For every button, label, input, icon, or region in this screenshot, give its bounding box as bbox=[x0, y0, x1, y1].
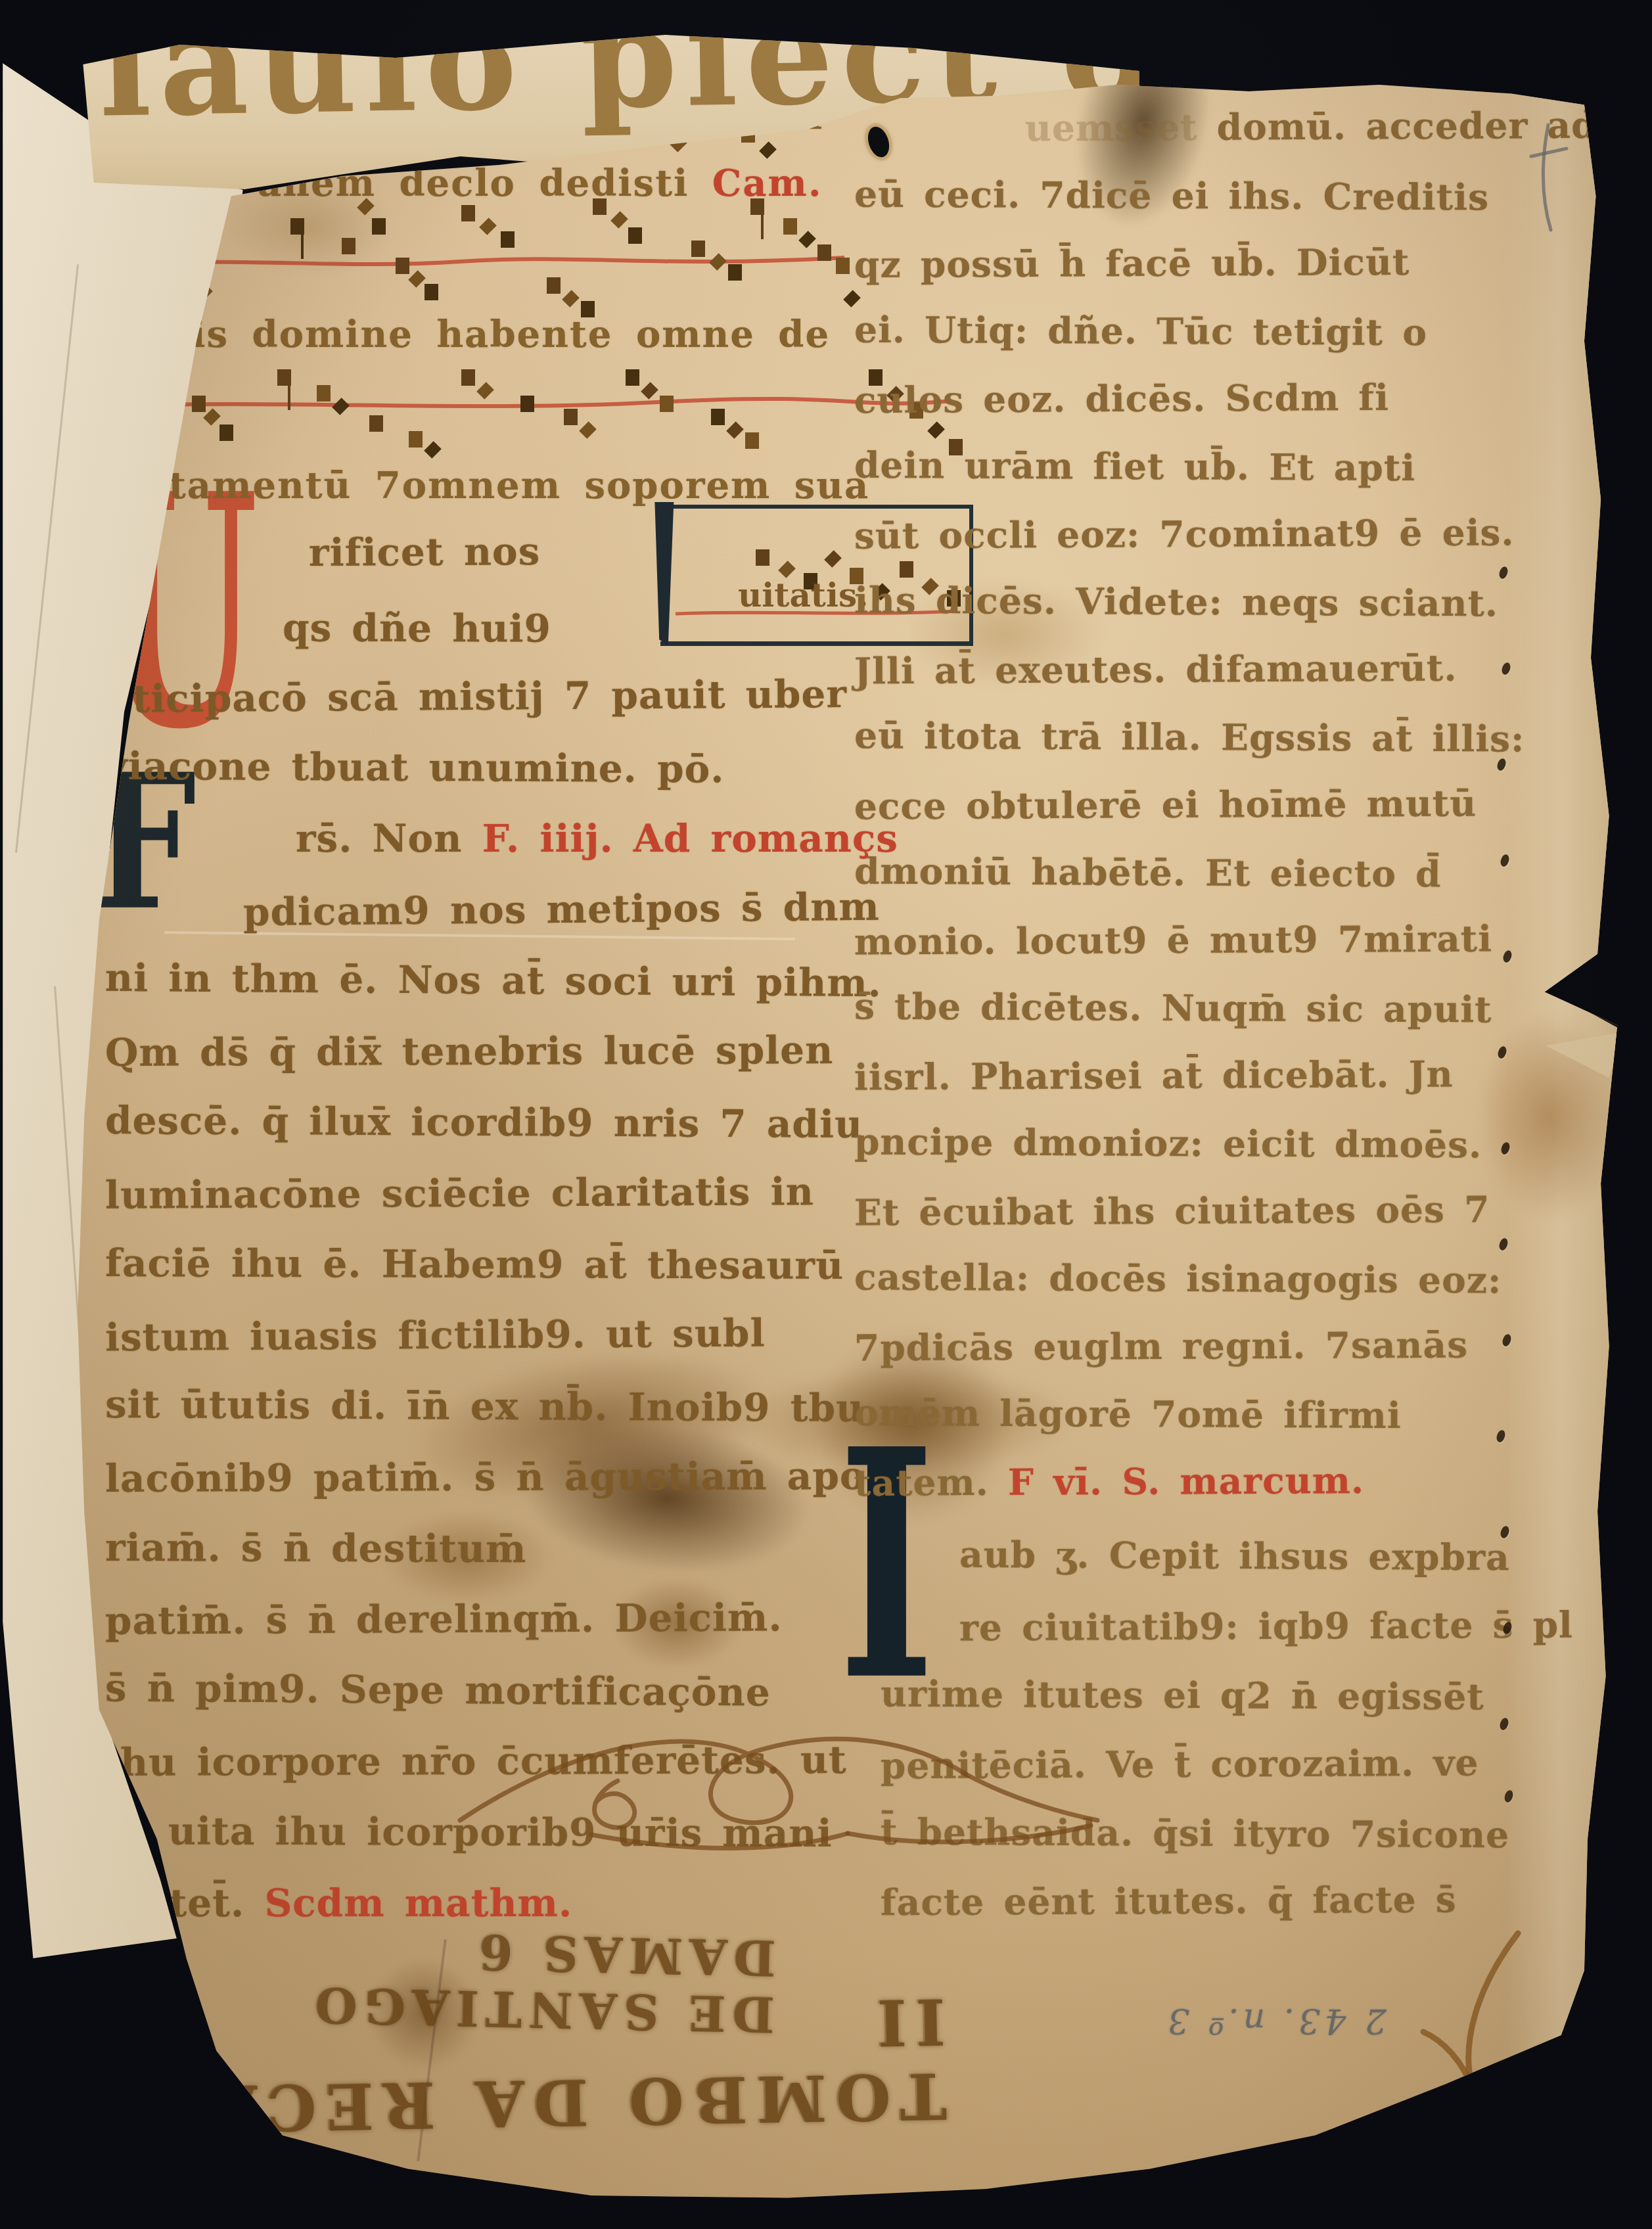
neume-note bbox=[836, 258, 850, 274]
rubric-segment: F. iiij. Ad romançs bbox=[482, 816, 898, 861]
text-line: uemsset domū. acceder ad bbox=[1025, 104, 1597, 150]
text-segment: facte eēnt itutes. q̄ facte s̄ bbox=[881, 1878, 1457, 1924]
text-line: pticipacō scā mistij 7 pauit uber bbox=[105, 672, 847, 722]
text-segment: istum iuasis fictilib9. ut subl bbox=[105, 1310, 766, 1360]
text-segment: ihu icorpore nr̄o c̄cumferētes. ut bbox=[105, 1737, 847, 1785]
neume-note bbox=[628, 227, 642, 244]
text-line: rs̄. Non F. iiij. Ad romançs bbox=[296, 816, 898, 861]
text-line: qs dñe hui9 bbox=[283, 605, 551, 651]
neume-note bbox=[520, 396, 534, 412]
neume-note bbox=[660, 396, 674, 412]
neume-note bbox=[900, 561, 913, 578]
text-segment: aub ʒ. Cepit ihsus expbra bbox=[959, 1533, 1510, 1578]
parchment-crease bbox=[15, 264, 79, 852]
text-segment: Et ēcuibat ihs ciuitates oēs 7 bbox=[854, 1187, 1490, 1233]
text-line: Jlli at̄ exeutes. difamauerūt. bbox=[854, 647, 1457, 693]
text-line: sūt occli eoz: 7cominat9 ē eis. bbox=[854, 511, 1515, 557]
text-line: iisrl. Pharisei at̄ dicebāt. Jn bbox=[854, 1053, 1454, 1099]
text-line: festet̄. Scdm mathm. bbox=[105, 1881, 572, 1925]
neume-note bbox=[579, 421, 597, 439]
text-line: Qm ds̄ q̄ dix̄ tenebris lucē splen bbox=[105, 1028, 834, 1075]
manuscript-photo-scene: lauio piect dona 7 mani P U F I hono bbox=[0, 0, 1652, 2229]
text-segment: s̄ tbe dicētes. Nuqm̄ sic apuit bbox=[854, 984, 1492, 1030]
rubric-segment: F vī. S. marcum. bbox=[1008, 1459, 1364, 1504]
neume-note bbox=[798, 231, 816, 248]
neume-note bbox=[641, 382, 658, 400]
text-line: rificet nos bbox=[309, 529, 541, 575]
text-line: monio. locut9 ē mut9 7mirati bbox=[854, 917, 1492, 963]
text-segment: qz possū h̄ facē ub̄. Dicūt bbox=[854, 241, 1410, 286]
neume-note bbox=[726, 421, 744, 439]
text-segment: omēm lāgorē 7omē ifirmi bbox=[854, 1391, 1402, 1436]
text-segment: pncipe dmonioz: eicit dmoēs. bbox=[854, 1120, 1482, 1166]
neume-note bbox=[691, 241, 705, 257]
pencil-shelfmark-rotated: 2 43. n.º 3 bbox=[1071, 1968, 1387, 2040]
text-segment: Jlli at̄ exeutes. difamauerūt. bbox=[854, 647, 1457, 693]
neume-note bbox=[547, 277, 561, 294]
neume-note bbox=[711, 409, 725, 425]
text-segment: uemsset bbox=[1025, 106, 1217, 150]
text-segment: iisrl. Pharisei at̄ dicebāt. Jn bbox=[854, 1053, 1454, 1099]
text-segment: urime itutes ei q2 n̄ egissēt bbox=[881, 1672, 1484, 1718]
uitatis-label: uitatis. bbox=[738, 576, 869, 614]
neume-note bbox=[709, 253, 727, 271]
text-segment: ihs dicēs. Videte: neqs sciant. bbox=[854, 578, 1498, 624]
neume-note bbox=[564, 409, 578, 425]
neume-note bbox=[277, 369, 291, 386]
text-line: s̄ tbe dicētes. Nuqm̄ sic apuit bbox=[854, 984, 1492, 1030]
text-line: culos eoz. dicēs. Scdm fi bbox=[854, 376, 1389, 421]
text-line: ei. Utiq: dñe. Tūc tetigit o bbox=[854, 308, 1427, 354]
neume-note bbox=[192, 396, 206, 412]
text-segment: ecce obtulerē ei hoīmē mutū bbox=[854, 782, 1477, 828]
text-line: eū itota trā illa. Egssis at̄ illis: bbox=[854, 714, 1525, 760]
text-segment: dmoniū habētē. Et eiecto d̄ bbox=[854, 850, 1442, 896]
manuscript-leaf: P U F I honorē. p̄ anem declo dedisti Ca… bbox=[0, 0, 1652, 2229]
text-segment: rs̄. Non bbox=[296, 816, 482, 861]
neume-note bbox=[610, 211, 628, 229]
neume-note bbox=[626, 369, 639, 386]
text-segment: 7pdicās euglm regni. 7sanās bbox=[854, 1323, 1468, 1369]
text-segment: sūt occli eoz: 7cominat9 ē eis. bbox=[854, 511, 1515, 557]
text-line: urime itutes ei q2 n̄ egissēt bbox=[881, 1672, 1484, 1718]
text-segment: faciē ihu ē. Habem9 at̄ thesaurū bbox=[105, 1241, 844, 1288]
neume-note bbox=[461, 205, 475, 221]
text-segment: penitēciā. Ve t̄ corozaim. ve bbox=[881, 1741, 1479, 1787]
text-segment: culos eoz. dicēs. Scdm fi bbox=[854, 376, 1389, 421]
text-segment: s̄ n̄ pim9. Sepe mortificaçōne bbox=[105, 1665, 771, 1714]
text-segment: ei. Utiq: dñe. Tūc tetigit o bbox=[854, 308, 1427, 354]
worm-hole bbox=[864, 124, 892, 160]
text-segment: descē. q̄ ilux̄ icordib9 nris 7 adiu bbox=[105, 1098, 863, 1147]
text-line: Et ēcuibat ihs ciuitates oēs 7 bbox=[854, 1187, 1490, 1233]
text-segment: domū. acceder ad bbox=[1216, 104, 1597, 149]
neume-note bbox=[461, 369, 475, 386]
neume-note bbox=[396, 258, 409, 274]
text-line: omēm lāgorē 7omē ifirmi bbox=[854, 1391, 1402, 1436]
text-segment: pdicam9 nos metipos s̄ dnm bbox=[243, 885, 880, 934]
right-edge-fiber-band bbox=[1505, 85, 1630, 2057]
neume-note bbox=[369, 415, 383, 432]
text-line: re ciuitatib9: iqb9 facte s̄ pl bbox=[959, 1603, 1573, 1649]
archive-stamp-line2: DE SANTIAGO DAMAS 6 bbox=[91, 1915, 776, 2042]
text-line: sit ūtutis di. īn̄ ex nb̄. Inoib9 tbu bbox=[105, 1382, 865, 1431]
neume-note bbox=[372, 218, 386, 235]
text-segment: t̄ bethsaida. q̄si ityro 7sicone bbox=[881, 1810, 1509, 1856]
text-segment: pticipacō scā mistij 7 pauit uber bbox=[105, 672, 847, 722]
text-segment: rificet nos bbox=[309, 529, 541, 575]
text-line: patim̄. s̄ n̄ derelinqm̄. Deicim̄. bbox=[105, 1595, 783, 1643]
text-line: castella: docēs isinagogis eoz: bbox=[854, 1255, 1502, 1301]
neume-note bbox=[759, 141, 777, 159]
text-segment: re ciuitatib9: iqb9 facte s̄ pl bbox=[959, 1603, 1573, 1649]
text-line: faciē ihu ē. Habem9 at̄ thesaurū bbox=[105, 1241, 844, 1288]
text-line: t̄ bethsaida. q̄si ityro 7sicone bbox=[881, 1810, 1509, 1856]
text-line: tatem. F vī. S. marcum. bbox=[854, 1459, 1364, 1504]
text-segment: eū itota trā illa. Egssis at̄ illis: bbox=[854, 714, 1525, 760]
text-line: qz possū h̄ facē ub̄. Dicūt bbox=[854, 241, 1410, 286]
neume-note bbox=[927, 421, 945, 439]
neume-note bbox=[317, 385, 331, 402]
lyric-3: lectamentū 7omnem soporem sua bbox=[105, 464, 869, 507]
text-line: riam̄. s̄ n̄ destitum̄ bbox=[105, 1525, 527, 1571]
neume-note bbox=[745, 432, 759, 449]
text-line: ecce obtulerē ei hoīmē mutū bbox=[854, 782, 1477, 828]
text-line: descē. q̄ ilux̄ icordib9 nris 7 adiu bbox=[105, 1098, 863, 1147]
text-line: 7pdicās euglm regni. 7sanās bbox=[854, 1323, 1468, 1369]
text-segment: qs dñe hui9 bbox=[283, 605, 551, 651]
neume-note bbox=[332, 398, 350, 415]
neume-note bbox=[562, 290, 580, 308]
text-line: ihu icorpore nr̄o c̄cumferētes. ut bbox=[105, 1737, 847, 1785]
neume-note bbox=[409, 431, 423, 448]
text-segment: dein urām fiet ub̄. Et apti bbox=[854, 444, 1415, 489]
neume-note bbox=[479, 218, 497, 235]
text-line: yiacone tbuat unumine. pō. bbox=[105, 744, 725, 792]
text-line: luminacōne sciēcie claritatis in bbox=[105, 1169, 814, 1218]
text-line: penitēciā. Ve t̄ corozaim. ve bbox=[881, 1741, 1479, 1787]
text-segment: Qm ds̄ q̄ dix̄ tenebris lucē splen bbox=[105, 1028, 834, 1075]
text-segment: et uita ihu icorporib9 ur̄is mani bbox=[105, 1808, 833, 1856]
text-segment: patim̄. s̄ n̄ derelinqm̄. Deicim̄. bbox=[105, 1595, 783, 1643]
archive-stamp-rotated: TOMBO DA RECAM II DE SANTIAGO DAMAS 6 bbox=[92, 1922, 946, 2146]
neume-note bbox=[756, 549, 769, 566]
text-segment: castella: docēs isinagogis eoz: bbox=[854, 1255, 1502, 1301]
neume-stem bbox=[301, 230, 304, 259]
text-line: eū ceci. 7dicē ei ihs. Creditis bbox=[854, 172, 1489, 218]
neume-stem bbox=[761, 210, 764, 239]
text-line: et uita ihu icorporib9 ur̄is mani bbox=[105, 1808, 833, 1856]
text-segment: luminacōne sciēcie claritatis in bbox=[105, 1169, 814, 1218]
neume-note bbox=[824, 550, 842, 568]
neume-note bbox=[783, 218, 797, 235]
neume-note bbox=[817, 244, 831, 261]
text-line: lacōnib9 patim̄. s̄ n̄ āgustiam̄ apo bbox=[105, 1454, 866, 1501]
text-line: s̄ n̄ pim9. Sepe mortificaçōne bbox=[105, 1665, 771, 1714]
neume-note bbox=[501, 231, 515, 248]
text-segment: yiacone tbuat unumine. pō. bbox=[105, 744, 725, 792]
text-segment: sit ūtutis di. īn̄ ex nb̄. Inoib9 tbu bbox=[105, 1382, 865, 1431]
rubric-segment: Scdm mathm. bbox=[264, 1881, 572, 1925]
neume-note bbox=[342, 238, 356, 254]
text-line: dein urām fiet ub̄. Et apti bbox=[854, 444, 1415, 489]
text-line: pdicam9 nos metipos s̄ dnm bbox=[243, 885, 880, 934]
text-segment: monio. locut9 ē mut9 7mirati bbox=[854, 917, 1492, 963]
neume-note bbox=[408, 270, 426, 288]
music-box-left-bar bbox=[653, 502, 675, 645]
neume-note bbox=[424, 441, 442, 459]
lyric-2: nobis domine habente omne de bbox=[110, 313, 830, 356]
neume-note bbox=[728, 264, 742, 281]
text-segment: lacōnib9 patim̄. s̄ n̄ āgustiam̄ apo bbox=[105, 1454, 866, 1501]
text-segment: riam̄. s̄ n̄ destitum̄ bbox=[105, 1525, 527, 1571]
text-line: facte eēnt itutes. q̄ facte s̄ bbox=[881, 1878, 1457, 1924]
text-line: dmoniū habētē. Et eiecto d̄ bbox=[854, 850, 1442, 896]
neume-note bbox=[843, 290, 861, 308]
neume-note bbox=[476, 382, 494, 400]
text-segment: tatem. bbox=[854, 1461, 1008, 1504]
text-line: ihs dicēs. Videte: neqs sciant. bbox=[854, 578, 1498, 624]
text-line: aub ʒ. Cepit ihsus expbra bbox=[959, 1533, 1510, 1578]
neume-note bbox=[290, 218, 304, 235]
neume-stem bbox=[288, 381, 290, 410]
text-line: pncipe dmonioz: eicit dmoēs. bbox=[854, 1120, 1482, 1166]
text-segment: ni in thm ē. Nos at̄ soci uri pihm. bbox=[105, 955, 882, 1005]
text-line: istum iuasis fictilib9. ut subl bbox=[105, 1310, 766, 1360]
text-line: ni in thm ē. Nos at̄ soci uri pihm. bbox=[105, 955, 882, 1005]
neume-note bbox=[424, 284, 438, 300]
lyric-1-rubric: Cam. bbox=[712, 162, 823, 205]
text-segment: eū ceci. 7dicē ei ihs. Creditis bbox=[854, 172, 1489, 218]
